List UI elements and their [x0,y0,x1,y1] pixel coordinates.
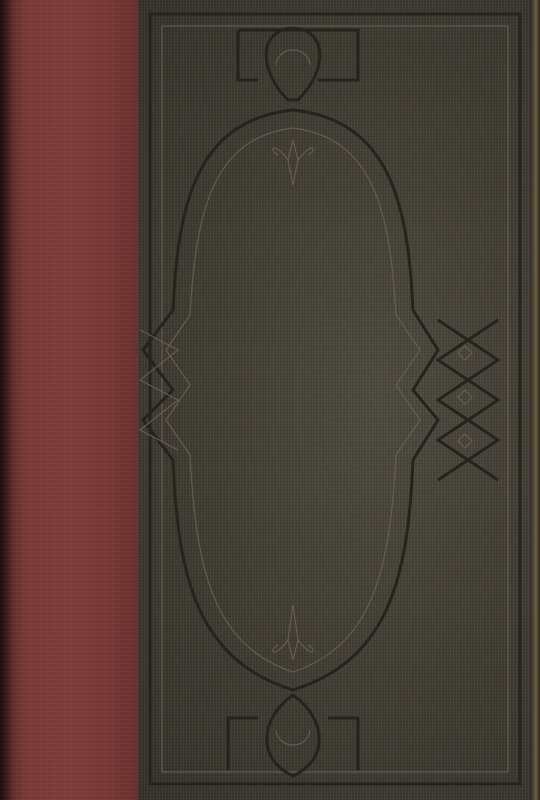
corner-clasp-top [238,28,358,100]
fleur-de-lis-bottom [273,605,313,660]
corner-clasp-bottom [228,695,358,776]
embossed-frame [138,0,540,800]
board-edge [530,0,540,800]
outer-border [150,14,520,784]
oval-frame [143,110,438,690]
red-cloth-spine [0,0,138,800]
book-cover-photo [0,0,540,800]
spine-shadow [0,0,14,800]
zigzag-lattice-right [438,320,498,480]
fleur-de-lis-top [273,140,313,185]
